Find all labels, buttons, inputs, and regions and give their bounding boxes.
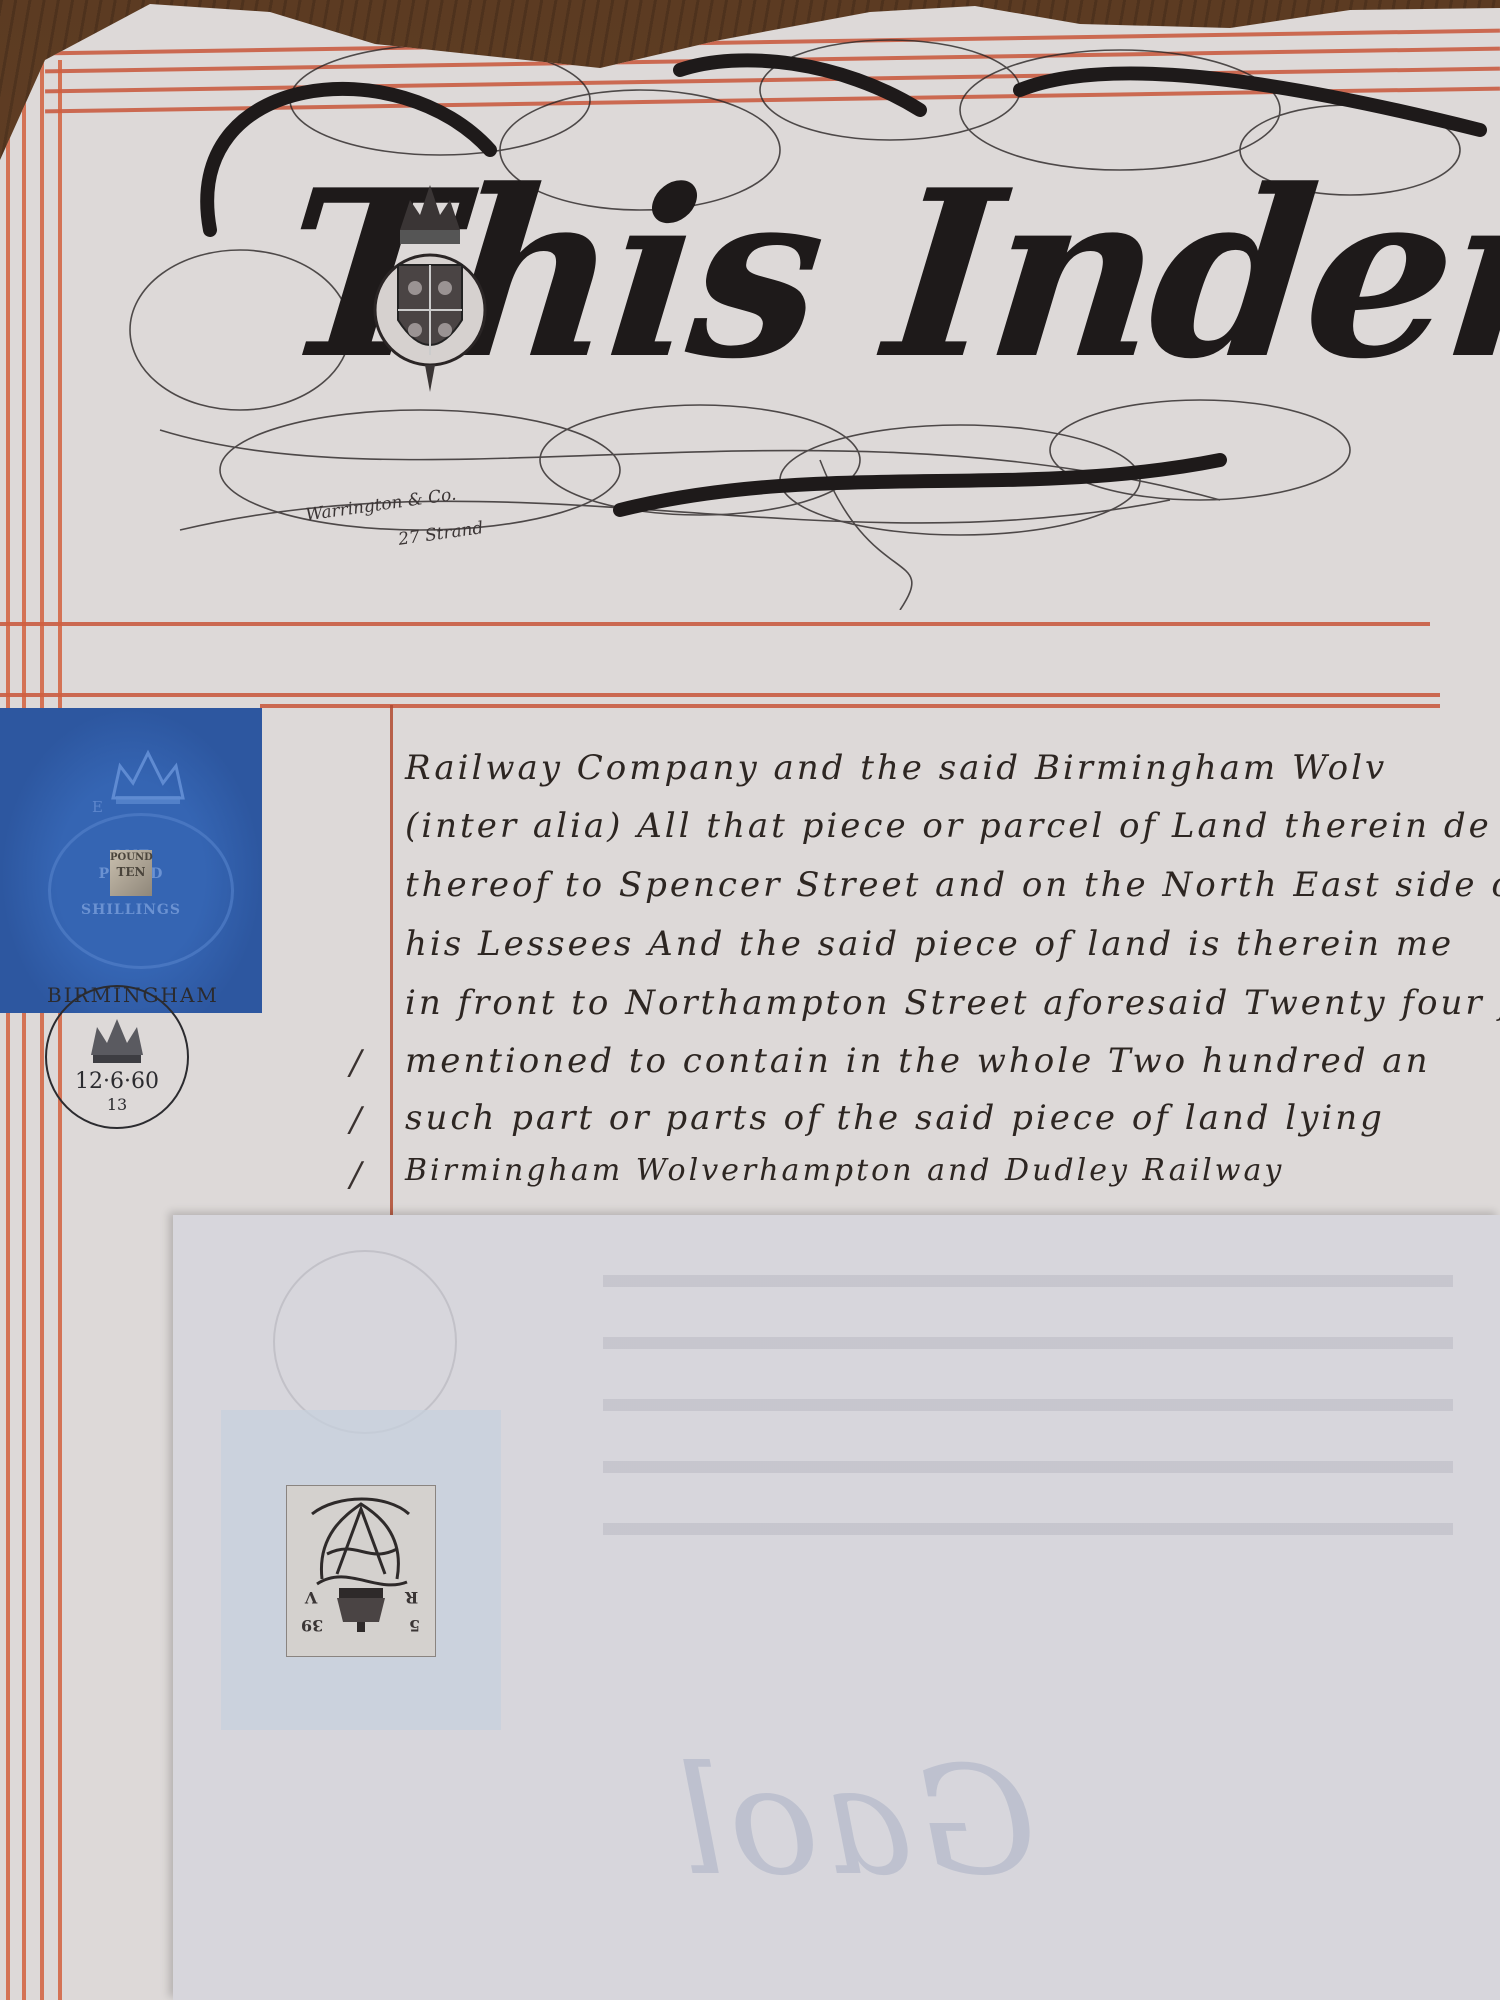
bleed-through-text	[603, 1235, 1453, 1575]
stamp-letter: E	[92, 798, 103, 816]
margin-mark: /	[350, 1043, 361, 1083]
title-heading-area: This Indenture Warrington & Co. 27 Stran…	[120, 30, 1500, 610]
text-line: mentioned to contain in the whole Two hu…	[405, 1041, 1430, 1081]
revenue-stamp: E ONE POUND TEN SHILLINGS POUND TEN	[0, 708, 262, 1013]
text-line: (inter alia) All that piece or parcel of…	[405, 806, 1492, 846]
margin-mark: /	[350, 1155, 361, 1195]
plug-text: TEN	[110, 865, 152, 880]
postmark-number: 13	[47, 1095, 187, 1114]
postmark-date: 12·6·60	[47, 1069, 187, 1094]
folded-lower-page: Gaol V R 39 5	[173, 1215, 1500, 2000]
ruling-line	[6, 60, 10, 2000]
indenture-sheet: This Indenture Warrington & Co. 27 Stran…	[0, 0, 1500, 2000]
margin-mark: /	[350, 1100, 361, 1140]
text-line: his Lessees And the said piece of land i…	[405, 924, 1454, 964]
ruling-line	[22, 60, 26, 2000]
margin-rule	[390, 705, 393, 1215]
embossed-duty-stamp: V R 39 5	[286, 1485, 436, 1657]
postmark-city: BIRMINGHAM	[47, 983, 187, 1007]
crown-icon	[87, 1017, 147, 1065]
bleed-through-signature: Gaol	[673, 1735, 1037, 1909]
royal-coat-of-arms-icon	[370, 170, 490, 400]
stamp-value-line: SHILLINGS	[0, 902, 262, 918]
stamp-letter-right: V	[305, 1588, 317, 1607]
text-line: Birmingham Wolverhampton and Dudley Rail…	[405, 1153, 1284, 1188]
text-line: thereof to Spencer Street and on the Nor…	[405, 865, 1500, 905]
birmingham-postmark: BIRMINGHAM 12·6·60 13	[45, 985, 189, 1129]
ruling-line	[40, 60, 44, 2000]
ruling-line	[260, 704, 1440, 708]
text-line: such part or parts of the said piece of …	[405, 1098, 1385, 1138]
ruling-line	[0, 693, 1440, 697]
crown-icon	[331, 1586, 391, 1636]
ruling-line	[0, 622, 1430, 626]
stamp-number-right: 39	[301, 1616, 323, 1635]
crown-icon	[108, 748, 188, 808]
text-line: in front to Northampton Street aforesaid…	[405, 983, 1500, 1023]
plug-text: POUND	[110, 850, 152, 865]
vr-monogram-icon	[297, 1494, 425, 1589]
stamp-number-left: 5	[409, 1616, 420, 1635]
bleed-through-postmark	[273, 1250, 457, 1434]
text-line: Railway Company and the said Birmingham …	[405, 748, 1387, 788]
stamp-letter-left: R	[405, 1588, 418, 1607]
silver-duty-plug: POUND TEN	[110, 850, 152, 896]
